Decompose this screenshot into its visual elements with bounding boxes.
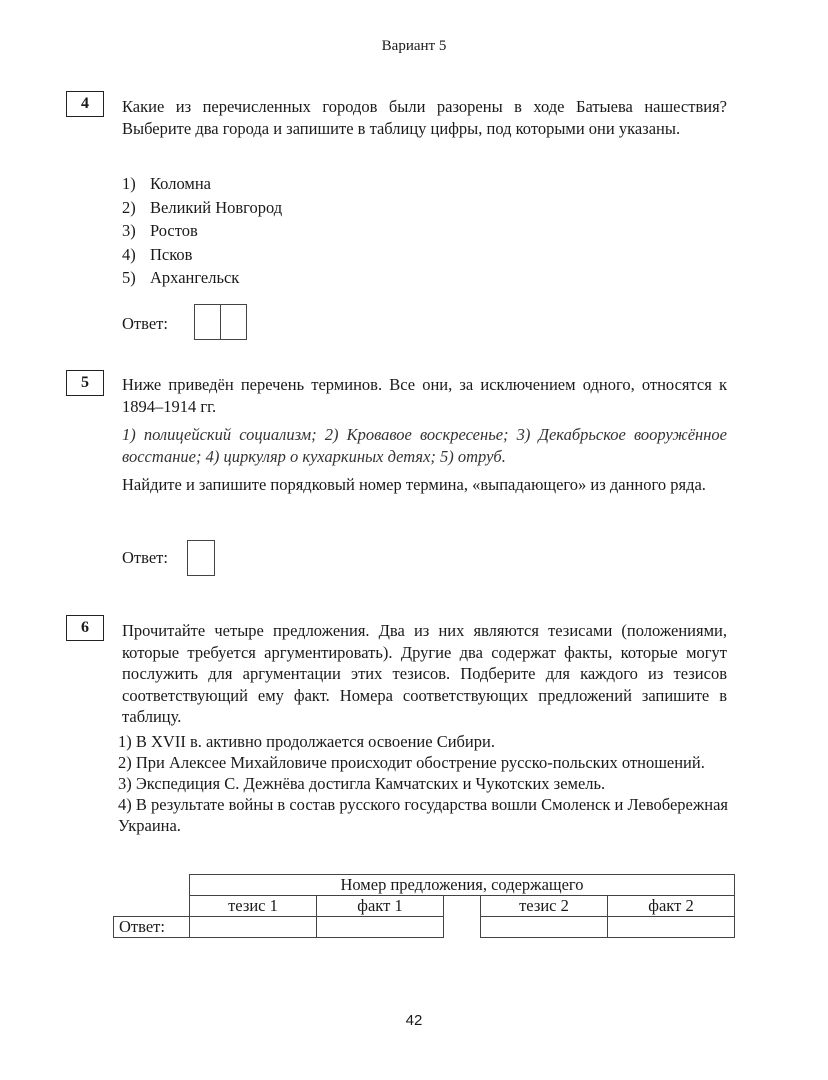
table-header: Номер предложения, содержащего: [189, 874, 735, 896]
column-thesis-1: тезис 1: [189, 895, 317, 917]
page-header: Вариант 5: [0, 38, 828, 55]
answer-cell-4b[interactable]: [220, 304, 247, 340]
option-3: 3)Ростов: [122, 219, 282, 243]
sentence-1: 1) В XVII в. активно продолжается освоен…: [118, 731, 728, 752]
question-6-text: Прочитайте четыре предложения. Два из ни…: [122, 620, 727, 728]
answer-label: Ответ:: [122, 314, 168, 334]
column-fact-1: факт 1: [316, 895, 444, 917]
answer-row-label: Ответ:: [113, 916, 190, 938]
sentence-4: 4) В результате войны в состав русского …: [118, 794, 728, 836]
column-thesis-2: тезис 2: [480, 895, 608, 917]
question-number-4: 4: [66, 91, 104, 117]
question-4-text: Какие из перечисленных городов были разо…: [122, 96, 727, 140]
answer-label: Ответ:: [122, 548, 168, 568]
option-4: 4)Псков: [122, 243, 282, 267]
table-gap: [444, 896, 480, 940]
answer-cell-5[interactable]: [187, 540, 215, 576]
answer-cell-thesis-2[interactable]: [480, 916, 608, 938]
sentence-3: 3) Экспедиция С. Дежнёва достигла Камчат…: [118, 773, 728, 794]
question-5-terms: 1) полицейский социализм; 2) Кровавое во…: [122, 424, 727, 468]
sentence-2: 2) При Алексее Михайловиче происходит об…: [118, 752, 728, 773]
question-number-6: 6: [66, 615, 104, 641]
question-5-instruction: Найдите и запишите порядковый номер терм…: [122, 474, 727, 496]
option-2: 2)Великий Новгород: [122, 196, 282, 220]
answer-cell-fact-1[interactable]: [316, 916, 444, 938]
column-fact-2: факт 2: [607, 895, 735, 917]
option-1: 1)Коломна: [122, 172, 282, 196]
page-number: 42: [0, 1012, 828, 1029]
answer-cell-4a[interactable]: [194, 304, 221, 340]
question-number-5: 5: [66, 370, 104, 396]
question-6-sentences: 1) В XVII в. активно продолжается освоен…: [118, 731, 728, 836]
answer-cell-thesis-1[interactable]: [189, 916, 317, 938]
question-5-text: Ниже приведён перечень терминов. Все они…: [122, 374, 727, 418]
option-5: 5)Архангельск: [122, 266, 282, 290]
answer-cell-fact-2[interactable]: [607, 916, 735, 938]
question-4-options: 1)Коломна 2)Великий Новгород 3)Ростов 4)…: [122, 172, 282, 290]
